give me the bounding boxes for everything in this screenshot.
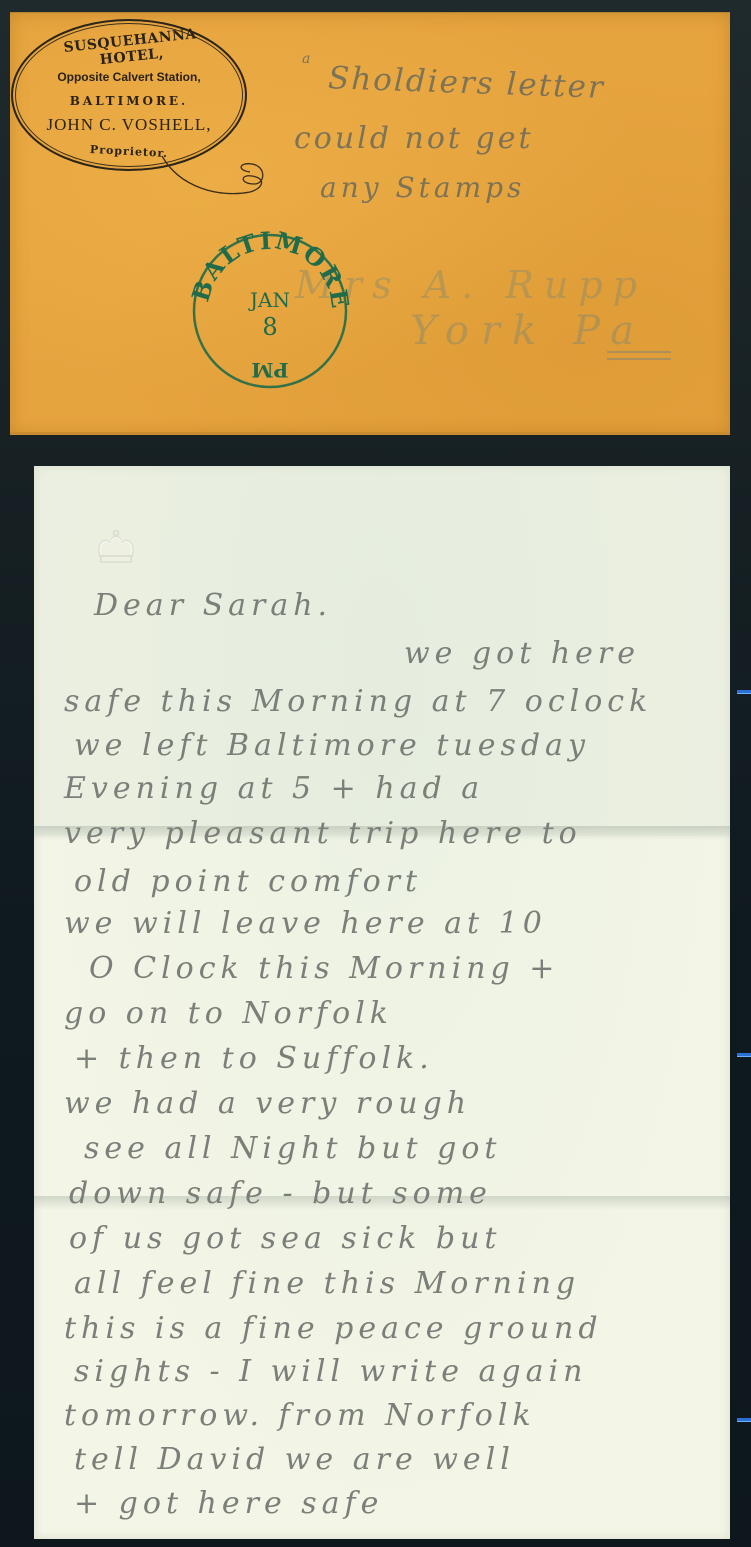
pencil-note-line-3: any Stamps (320, 171, 525, 204)
address-line-2: York Pa (410, 308, 646, 354)
letter-line: this is a fine peace ground (64, 1311, 603, 1346)
letter-line: we got here (404, 636, 640, 671)
letter-line: go on to Norfolk (64, 996, 393, 1031)
letter-line: old point comfort (74, 864, 422, 899)
scanner-streak (737, 690, 751, 693)
letter-line: see all Night but got (84, 1131, 501, 1166)
letter-line: sights - I will write again (74, 1354, 587, 1389)
embossed-crown-icon (94, 528, 138, 568)
letter-line: tell David we are well (74, 1442, 515, 1477)
letter-line: we left Baltimore tuesday (74, 728, 590, 763)
svg-text:PM: PM (251, 358, 288, 382)
pen-flourish-icon (160, 148, 270, 208)
letter-line: safe this Morning at 7 oclock (64, 684, 652, 719)
letter-line: very pleasant trip here to (64, 816, 582, 851)
envelope: SUSQUEHANNA HOTEL, Opposite Calvert Stat… (10, 12, 730, 435)
hotel-location: Opposite Calvert Station, (13, 70, 245, 84)
letter-line: we had a very rough (64, 1086, 471, 1121)
pencil-note-line-2: could not get (294, 121, 534, 156)
handwritten-letter: Dear Sarah.we got heresafe this Morning … (34, 466, 730, 1539)
letter-line: tomorrow. from Norfolk (64, 1398, 536, 1433)
letter-line: all feel fine this Morning (74, 1266, 580, 1301)
letter-line: we will leave here at 10 (64, 906, 547, 941)
postmark-stamp: BALTIMORE PM JAN 8 (190, 231, 350, 391)
pencil-mark: a (302, 51, 310, 67)
svg-text:8: 8 (262, 313, 277, 341)
svg-text:JAN: JAN (248, 288, 290, 312)
scanner-streak (737, 1418, 751, 1421)
pencil-note-line-1: Sholdiers letter (327, 60, 605, 106)
letter-line: Evening at 5 + had a (64, 771, 484, 806)
proprietor-name: JOHN C. VOSHELL, (13, 115, 245, 135)
address-underline (607, 351, 671, 360)
letter-line: of us got sea sick but (69, 1221, 501, 1256)
letter-line: Dear Sarah. (94, 588, 332, 623)
letter-line: + then to Suffolk. (74, 1041, 434, 1076)
scanner-streak (737, 1053, 751, 1056)
hotel-name: SUSQUEHANNA HOTEL, (30, 23, 232, 76)
hotel-city: BALTIMORE. (13, 94, 245, 108)
letter-line: + got here safe (74, 1486, 383, 1521)
letter-line: down safe - but some (69, 1176, 492, 1211)
letter-line: O Clock this Morning + (89, 951, 559, 986)
